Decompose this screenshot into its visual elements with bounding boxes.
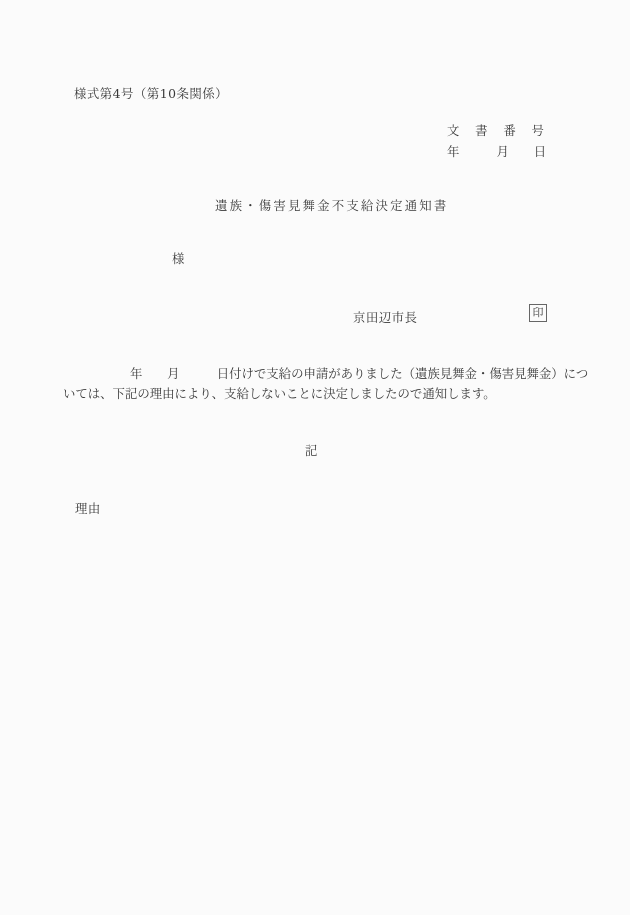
sender-name: 京田辺市長 (353, 308, 417, 326)
document-number-field: 文 書 番 号 (447, 121, 546, 139)
record-marker: 記 (305, 441, 317, 459)
body-line-2: いては、下記の理由により、支給しないことに決定しましたので通知します。 (63, 384, 583, 404)
form-number: 様式第4号（第10条関係） (74, 84, 228, 102)
addressee-honorific: 様 (172, 249, 184, 267)
date-field: 年 月 日 (447, 142, 546, 160)
reason-label: 理由 (75, 499, 101, 517)
seal-mark: 印 (529, 304, 547, 322)
document-page: 様式第4号（第10条関係） 文 書 番 号 年 月 日 遺族・傷害見舞金不支給決… (0, 0, 630, 915)
body-paragraph: 年 月 日付けで支給の申請がありました（遺族見舞金・傷害見舞金）につ いては、下… (63, 364, 583, 403)
body-line-1: 年 月 日付けで支給の申請がありました（遺族見舞金・傷害見舞金）につ (63, 364, 583, 384)
document-title: 遺族・傷害見舞金不支給決定通知書 (215, 196, 448, 214)
